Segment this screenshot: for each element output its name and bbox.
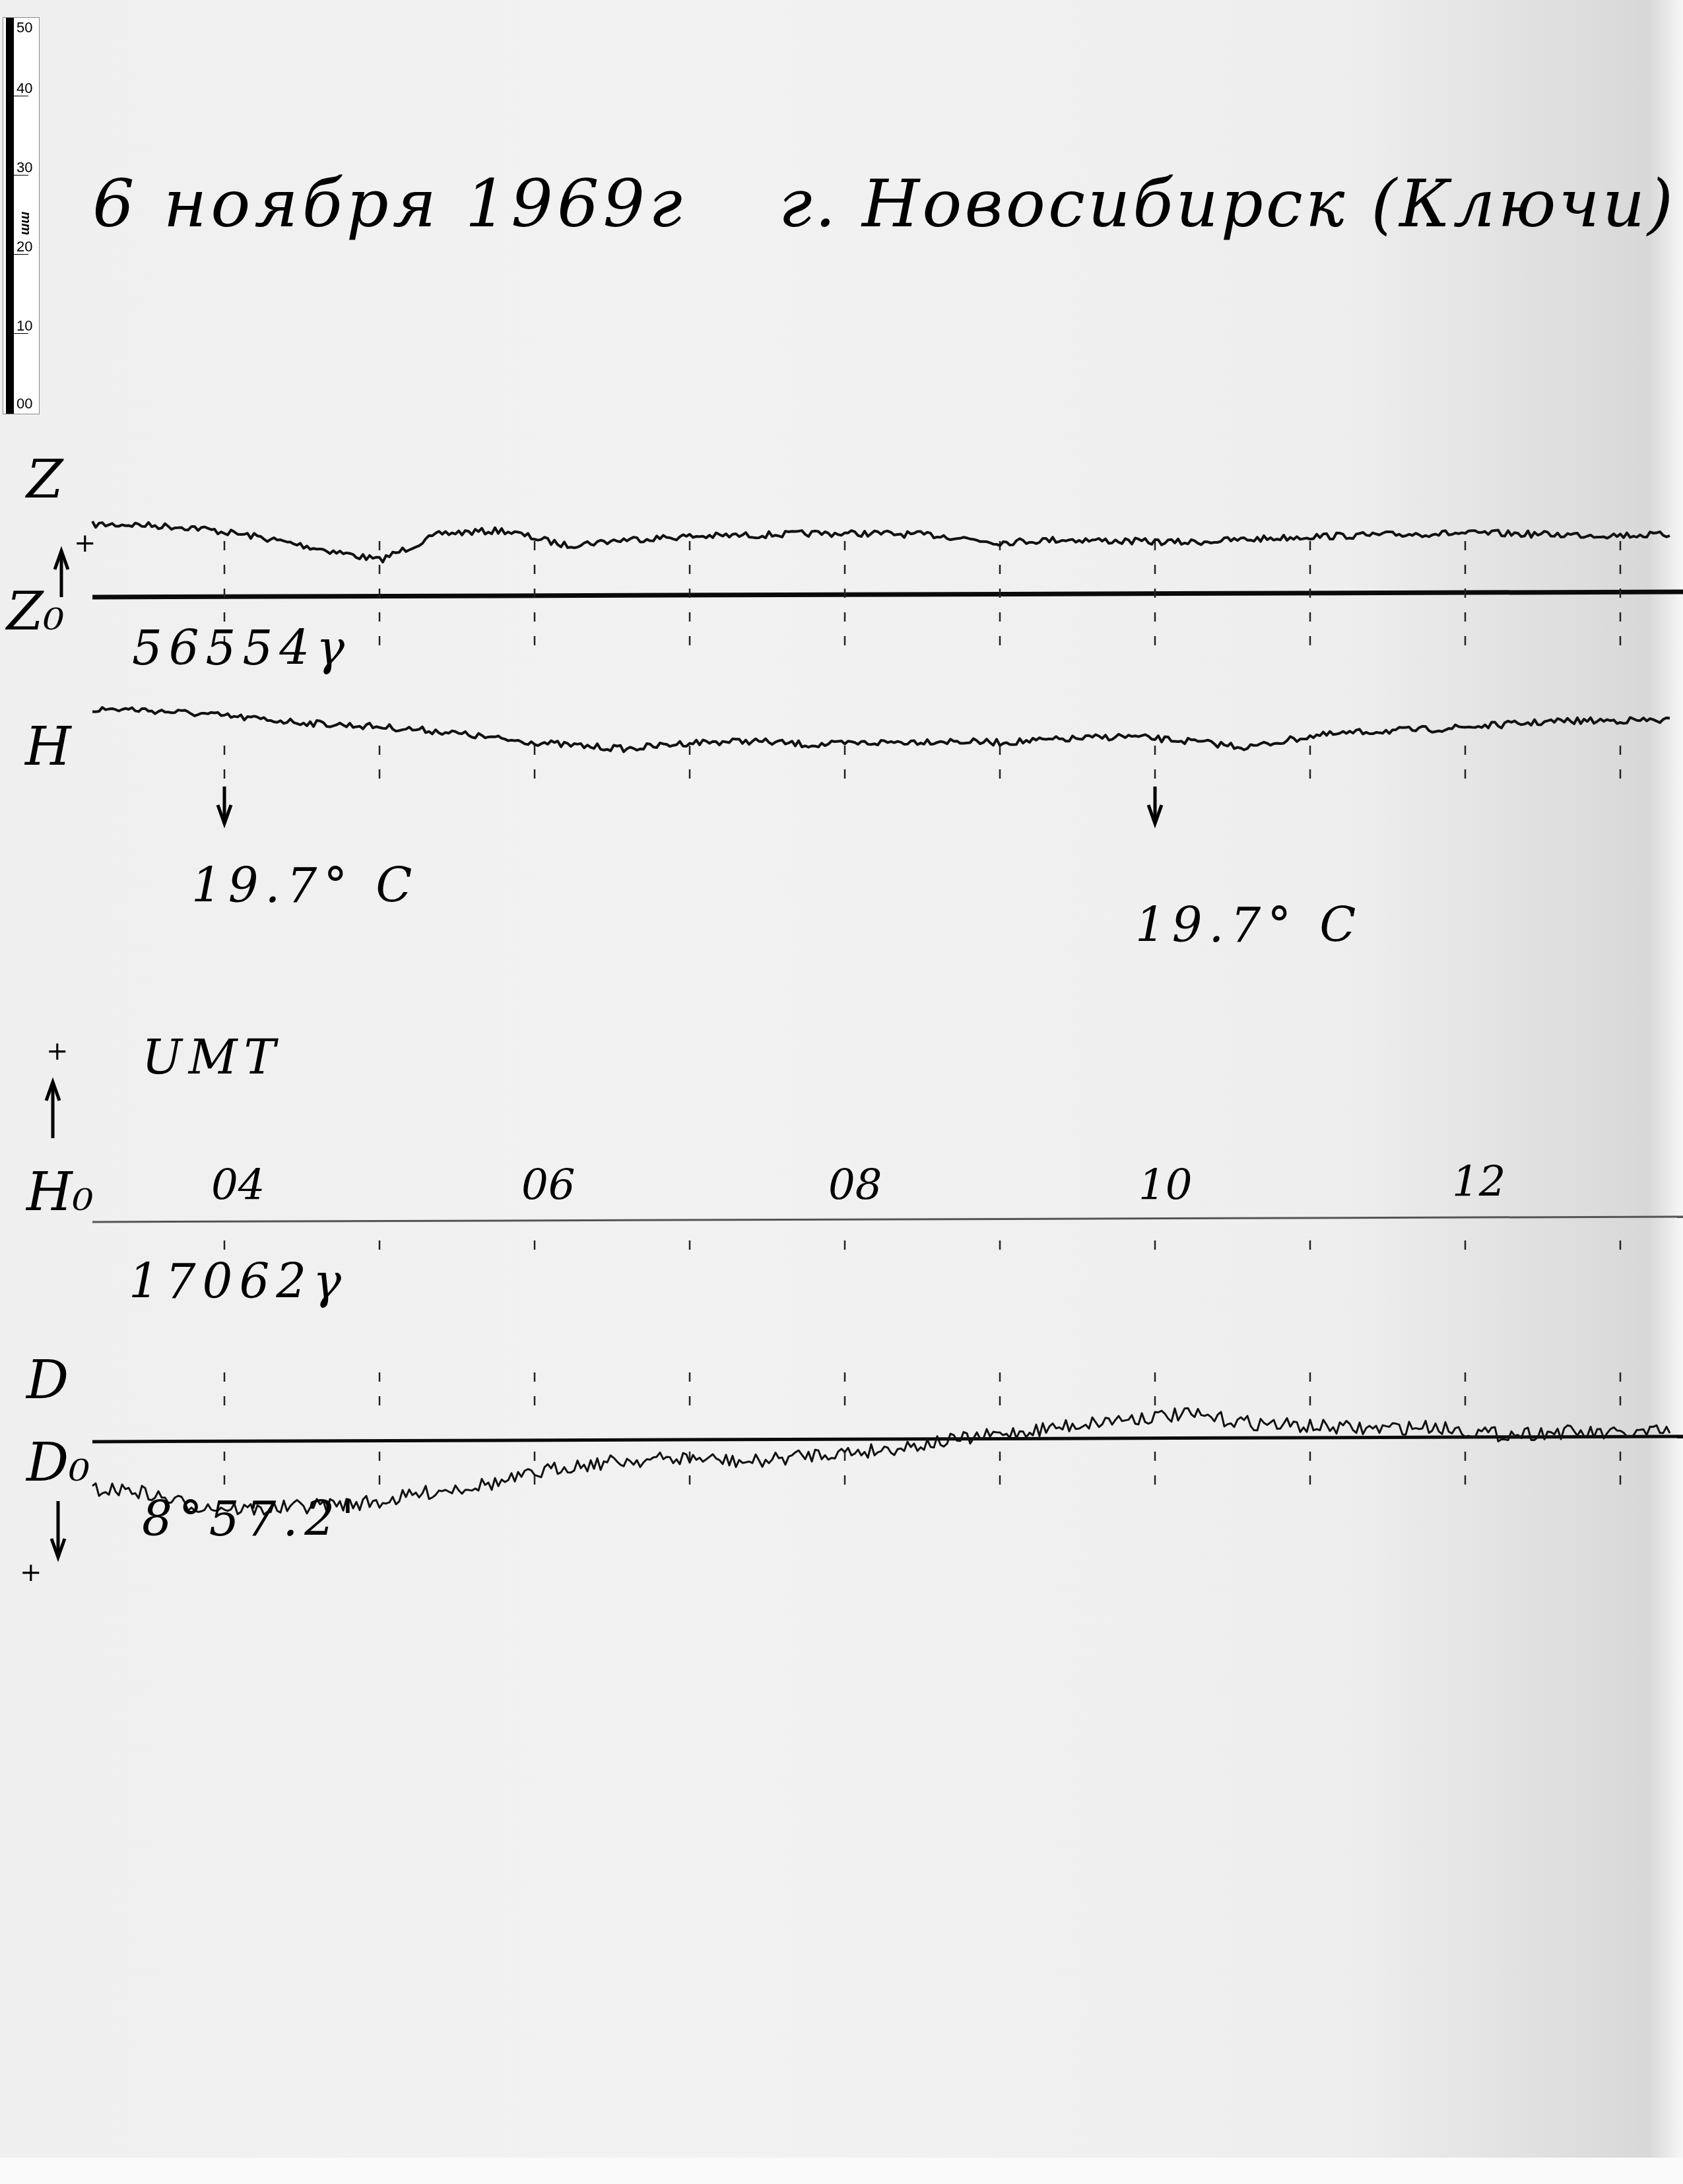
trace-h — [92, 707, 1670, 752]
trace-z — [92, 521, 1670, 562]
hour-label: 12 — [1452, 1158, 1505, 1207]
trace-label-h: H — [25, 716, 71, 777]
arrow-up-icon — [46, 1082, 59, 1138]
temperature-note-1: 19.7° C — [191, 858, 418, 913]
baseline-value-d0: 8°57.2' — [142, 1491, 361, 1547]
temperature-note-2: 19.7° C — [1135, 897, 1362, 953]
baseline-value-h0: 17062γ — [129, 1254, 348, 1309]
z0-text: Z₀ — [7, 581, 65, 642]
trace-label-d: D — [26, 1349, 69, 1411]
baseline-value-z0: 56554γ — [132, 620, 351, 676]
annotation-arrow-down-icon — [1148, 787, 1162, 823]
baseline-label-h0: H₀ — [26, 1161, 94, 1223]
plus-sign: + — [46, 1036, 69, 1066]
time-system-label: UMT — [142, 1029, 282, 1085]
hour-marks — [224, 541, 1620, 1498]
baseline-label-z0: Z₀ — [7, 581, 65, 642]
baselines — [92, 592, 1683, 1442]
trace-label-z: Z — [26, 449, 63, 510]
hour-label: 10 — [1138, 1161, 1192, 1210]
baseline-d — [92, 1436, 1683, 1442]
magnetogram-chart — [0, 0, 1683, 2184]
arrow-down-icon — [51, 1501, 65, 1557]
hour-label: 04 — [211, 1161, 265, 1210]
annotation-arrow-down-icon — [218, 787, 231, 823]
plus-sign: + — [20, 1557, 42, 1588]
baseline-label-d0: D₀ — [26, 1432, 90, 1493]
hour-label: 08 — [828, 1161, 882, 1210]
hour-label: 06 — [521, 1161, 575, 1210]
baseline-h0 — [92, 1217, 1683, 1222]
baseline-z — [92, 592, 1683, 597]
plus-sign: + — [74, 528, 96, 558]
